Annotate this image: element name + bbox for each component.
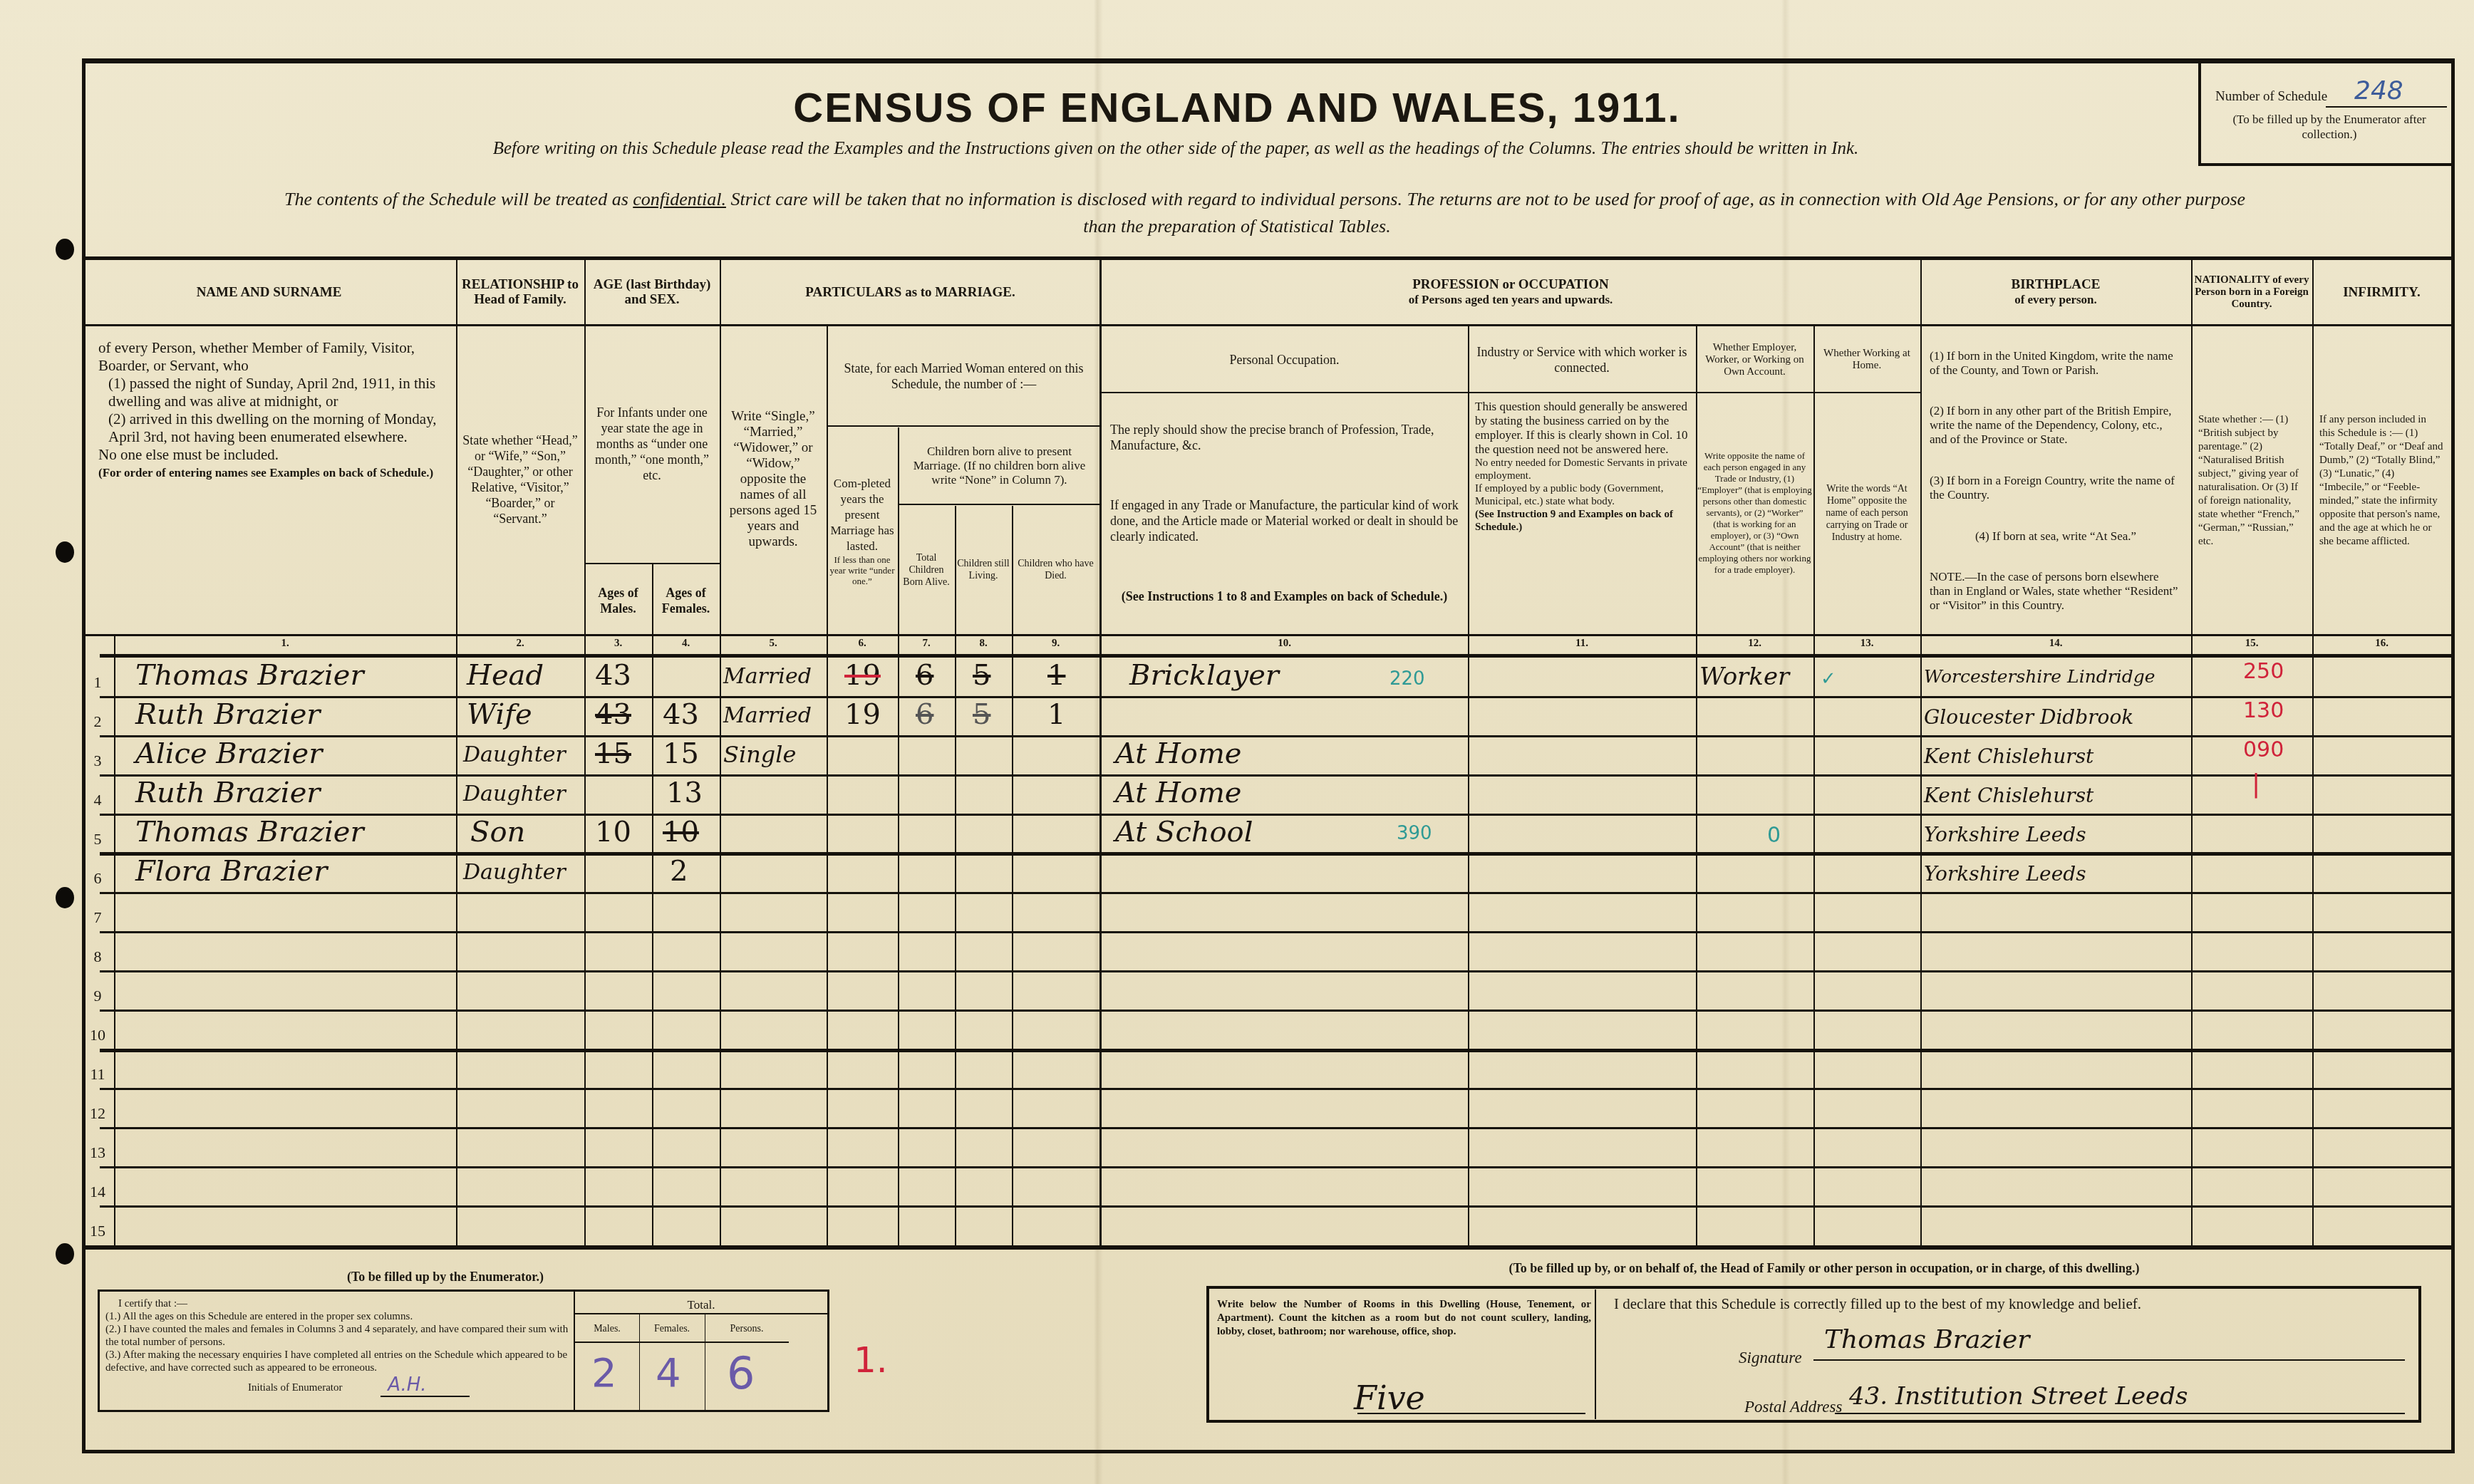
signature-underline <box>1813 1359 2405 1361</box>
total-col-line <box>705 1314 705 1410</box>
birthplace-desc-4: (4) If born at sea, write “At Sea.” <box>1975 529 2136 544</box>
row-number: 4 <box>83 791 112 809</box>
punch-hole <box>56 541 74 563</box>
row2-children-born: 6 <box>916 698 933 731</box>
col-header-nationality: NATIONALITY of every Person born in a Fo… <box>2191 260 2312 324</box>
row2-relationship: Wife <box>467 698 532 731</box>
rooms-underline <box>1357 1413 1585 1414</box>
colnum-4: 4. <box>652 638 720 653</box>
col-header-infirmity: INFIRMITY. <box>2312 260 2451 324</box>
birthplace-desc-2: (2) If born in any other part of the Bri… <box>1930 404 2182 447</box>
row1-age-male: 43 <box>595 659 631 692</box>
birthplace-note: NOTE.—In the case of persons born elsewh… <box>1930 570 2182 613</box>
householder-divider <box>1595 1290 1596 1419</box>
colnum-15: 15. <box>2191 638 2312 653</box>
row2-children-died: 1 <box>1047 698 1065 731</box>
name-desc-intro: of every Person, whether Member of Famil… <box>98 339 447 375</box>
row-number: 10 <box>83 1026 112 1044</box>
colnum-14: 14. <box>1920 638 2191 653</box>
initials-row: Initials of Enumerator A.H. <box>105 1379 576 1394</box>
col-line <box>1920 260 1922 1247</box>
row-line <box>100 1010 2455 1012</box>
declaration: I declare that this Schedule is correctl… <box>1614 1297 2141 1312</box>
colnum-2: 2. <box>456 638 584 653</box>
row-number: 13 <box>83 1143 112 1162</box>
row4-occupation: At Home <box>1115 777 1242 809</box>
row-number: 3 <box>83 752 112 770</box>
row-line <box>100 1127 2455 1129</box>
row3-occupation: At Home <box>1115 737 1242 770</box>
row-line <box>100 1088 2455 1090</box>
schedule-number-label: Number of Schedule <box>2215 89 2327 104</box>
row-line <box>100 892 2455 894</box>
col-desc-age: For Infants under one year state the age… <box>584 328 720 559</box>
colnum-1: 1. <box>114 638 456 653</box>
row-number: 12 <box>83 1104 112 1123</box>
males-total: 2 <box>591 1350 617 1396</box>
name-desc-1: (1) passed the night of Sunday, April 2n… <box>98 375 447 410</box>
children-line <box>898 504 1101 505</box>
enumerator-box: I certify that :— (1.) All the ages on t… <box>98 1290 829 1412</box>
colnum-12: 12. <box>1696 638 1813 653</box>
age-sub-line <box>584 563 720 564</box>
total-label: Total. <box>575 1297 827 1312</box>
industry-desc-4: (See Instruction 9 and Examples on back … <box>1475 508 1689 534</box>
col-desc-total-born: Total Children Born Alive. <box>898 506 955 634</box>
schedule-note: (To be filled up by the Enumerator after… <box>2212 112 2447 142</box>
col-desc-relationship: State whether “Head,” or “Wife,” “Son,” … <box>456 328 584 631</box>
row-line <box>100 774 2455 777</box>
persons-label: Persons. <box>705 1322 789 1337</box>
females-total: 4 <box>656 1350 681 1396</box>
row-number: 14 <box>83 1183 112 1201</box>
row-number: 1 <box>83 673 112 692</box>
row-line <box>100 1049 2455 1052</box>
col-line <box>652 563 653 1247</box>
persons-total: 6 <box>727 1347 755 1399</box>
signature-label: Signature <box>1739 1349 1802 1367</box>
name-desc-4: (For order of entering names see Example… <box>98 464 433 482</box>
row2-condition: Married <box>723 703 812 728</box>
colnum-6: 6. <box>827 638 898 653</box>
col-desc-name: of every Person, whether Member of Famil… <box>93 335 452 627</box>
col-desc-industry: This question should generally be answer… <box>1469 395 1694 631</box>
address-value: 43. Institution Street Leeds <box>1849 1382 2188 1411</box>
personal-desc-2: If engaged in any Trade or Manufacture, … <box>1110 497 1459 544</box>
rooms-value: Five <box>1354 1379 1425 1417</box>
row2-birthplace: Gloucester Didbrook <box>1924 705 2133 729</box>
birthplace-desc-1: (1) If born in the United Kingdom, write… <box>1930 349 2182 378</box>
row4-nationality-code: | <box>2252 769 2260 799</box>
occupation-subtitle: of Persons aged ten years and upwards. <box>1409 292 1613 307</box>
colnum-7: 7. <box>898 638 955 653</box>
row1-condition: Married <box>723 664 812 689</box>
row5-employer-code: 0 <box>1767 823 1781 848</box>
col-desc-females: Ages of Females. <box>652 566 720 634</box>
punch-hole <box>56 239 74 260</box>
total-col-line <box>639 1314 640 1410</box>
row3-birthplace: Kent Chislehurst <box>1924 744 2093 768</box>
row1-nationality-code: 250 <box>2243 659 2284 684</box>
col-desc-still-living: Children still Living. <box>955 506 1012 634</box>
col-header-occupation: PROFESSION or OCCUPATION of Persons aged… <box>1101 260 1920 324</box>
row1-occupation-code: 220 <box>1389 668 1425 690</box>
birthplace-title: BIRTHPLACE <box>2012 277 2101 292</box>
col-desc-employer: Write opposite the name of each person e… <box>1696 395 1813 631</box>
row-number: 6 <box>83 869 112 888</box>
row-number: 8 <box>83 948 112 966</box>
col-header-marriage: PARTICULARS as to MARRIAGE. <box>720 260 1101 324</box>
occupation-title: PROFESSION or OCCUPATION <box>1412 277 1609 292</box>
row-number: 2 <box>83 712 112 731</box>
col-header-industry: Industry or Service with which worker is… <box>1468 328 1696 392</box>
years-desc: Com-pleted years the present Marriage ha… <box>829 476 895 554</box>
col-desc-condition: Write “Single,” “Married,” “Widower,” or… <box>720 328 827 631</box>
row-number: 11 <box>83 1065 112 1084</box>
row2-name: Ruth Brazier <box>135 698 320 731</box>
industry-desc-1: This question should generally be answer… <box>1475 400 1689 457</box>
col-desc-home: Write the words “At Home” opposite the n… <box>1813 395 1920 631</box>
row4-name: Ruth Brazier <box>135 777 320 809</box>
row6-name: Flora Brazier <box>135 855 327 888</box>
householder-heading: (To be filled up by, or on behalf of, th… <box>1197 1261 2451 1276</box>
row-line <box>100 735 2455 737</box>
row6-relationship: Daughter <box>463 860 566 885</box>
row3-condition: Single <box>723 741 796 768</box>
colnum-16: 16. <box>2312 638 2451 653</box>
schedule-number-box: Number of Schedule 248 (To be filled up … <box>2198 61 2455 166</box>
col-header-relationship: RELATIONSHIP to Head of Family. <box>456 260 584 324</box>
initials-label: Initials of Enumerator <box>248 1382 342 1394</box>
row4-birthplace: Kent Chislehurst <box>1924 784 2093 807</box>
row5-birthplace: Yorkshire Leeds <box>1924 823 2086 846</box>
row1-children-born: 6 <box>916 659 933 692</box>
row5-age-female-struck: 10 <box>663 816 699 849</box>
colnum-8: 8. <box>955 638 1012 653</box>
signature-value: Thomas Brazier <box>1824 1325 2030 1354</box>
col-header-personal: Personal Occupation. <box>1101 328 1468 392</box>
schedule-label: Number of Schedule <box>2215 89 2327 104</box>
row1-years-married: 19 <box>844 659 881 692</box>
personal-desc-3: (See Instructions 1 to 8 and Examples on… <box>1122 588 1448 604</box>
row3-age-male-struck: 15 <box>595 737 631 770</box>
enumerator-red-mark: 1. <box>854 1339 888 1381</box>
confidential-word: confidential. <box>633 189 726 209</box>
name-desc-3: No one else must be included. <box>98 446 279 464</box>
females-label: Females. <box>639 1322 705 1337</box>
certify-2: (2.) I have counted the males and female… <box>105 1323 576 1349</box>
punch-hole <box>56 887 74 908</box>
col-header-birthplace: BIRTHPLACE of every person. <box>1920 260 2191 324</box>
row5-name: Thomas Brazier <box>135 816 364 849</box>
statistical-line: than the preparation of Statistical Tabl… <box>0 216 2474 237</box>
enumerator-heading: (To be filled up by the Enumerator.) <box>82 1270 809 1285</box>
personal-desc-1: The reply should show the precise branch… <box>1110 422 1459 453</box>
row-number: 15 <box>83 1222 112 1240</box>
row1-relationship: Head <box>467 659 544 692</box>
row-line <box>100 1166 2455 1168</box>
row1-birthplace: Worcestershire Lindridge <box>1924 666 2155 687</box>
confidentiality-line: The contents of the Schedule will be tre… <box>107 189 2423 210</box>
row2-children-living: 5 <box>973 698 990 731</box>
col-desc-have-died: Children who have Died. <box>1012 506 1099 634</box>
row4-age-female: 13 <box>666 777 703 809</box>
total-line <box>575 1313 827 1314</box>
col-header-employer: Whether Employer, Worker, or Working on … <box>1696 328 1813 392</box>
col-header-divider <box>82 324 2455 326</box>
row-number: 9 <box>83 987 112 1005</box>
row-line <box>100 931 2455 933</box>
industry-desc-3: If employed by a public body (Government… <box>1475 482 1689 508</box>
row5-age-male: 10 <box>595 816 631 849</box>
confidentiality-text-b: Strict care will be taken that no inform… <box>730 189 2245 209</box>
industry-desc-2: No entry needed for Domestic Servants in… <box>1475 457 1689 482</box>
col-desc-married-woman: State, for each Married Woman entered on… <box>827 328 1101 424</box>
certify-3: (3.) After making the necessary enquirie… <box>105 1349 576 1374</box>
total-sub-line <box>575 1342 789 1343</box>
years-note: If less than one year write “under one.” <box>829 554 895 586</box>
name-desc-2: (2) arrived in this dwelling on the morn… <box>98 410 447 446</box>
col-desc-males: Ages of Males. <box>584 566 652 634</box>
confidentiality-text-a: The contents of the Schedule will be tre… <box>284 189 628 209</box>
colnum-10: 10. <box>1101 638 1468 653</box>
row5-occupation: At School <box>1115 816 1253 849</box>
col-desc-nationality: State whether :— (1) “British subject by… <box>2193 331 2311 631</box>
certify-1: (1.) All the ages on this Schedule are e… <box>105 1310 576 1323</box>
certify-block: I certify that :— (1.) All the ages on t… <box>105 1297 576 1394</box>
row6-age-female: 2 <box>670 855 688 888</box>
rooms-instructions: Write below the Number of Rooms in this … <box>1217 1298 1591 1339</box>
row2-age-female: 43 <box>663 698 699 731</box>
row5-relationship: Son <box>470 816 525 849</box>
col-desc-birthplace: (1) If born in the United Kingdom, write… <box>1924 331 2188 631</box>
row6-birthplace: Yorkshire Leeds <box>1924 862 2086 886</box>
colnum-bottom-line <box>100 654 2455 658</box>
colnum-top-line <box>82 634 2455 636</box>
row-number: 5 <box>83 830 112 849</box>
schedule-number-value: 248 <box>2354 76 2403 105</box>
punch-hole <box>56 1243 74 1265</box>
row3-nationality-code: 090 <box>2243 737 2284 762</box>
col-header-name: NAME AND SURNAME <box>82 260 456 324</box>
row-line <box>100 1205 2455 1208</box>
row1-home-mark: ✓ <box>1821 668 1836 690</box>
row3-age-female: 15 <box>663 737 699 770</box>
row1-employer: Worker <box>1699 663 1789 691</box>
colnum-3: 3. <box>584 638 652 653</box>
row4-relationship: Daughter <box>463 782 566 806</box>
row1-name: Thomas Brazier <box>135 659 364 692</box>
col-header-age: AGE (last Birthday) and SEX. <box>584 260 720 324</box>
row2-nationality-code: 130 <box>2243 698 2284 723</box>
row1-children-living: 5 <box>973 659 990 692</box>
row1-occupation: Bricklayer <box>1129 659 1279 692</box>
row2-years-married: 19 <box>844 698 881 731</box>
row-number: 7 <box>83 908 112 927</box>
table-bottom-line <box>82 1245 2455 1250</box>
males-label: Males. <box>575 1322 639 1337</box>
address-underline <box>1835 1413 2405 1414</box>
instructions-line: Before writing on this Schedule please r… <box>214 139 2138 159</box>
row1-children-died: 1 <box>1047 659 1065 692</box>
page-title: CENSUS OF ENGLAND AND WALES, 1911. <box>0 84 2474 132</box>
col-desc-infirmity: If any person included in this Schedule … <box>2314 331 2450 631</box>
row-line <box>100 970 2455 972</box>
col-line <box>114 634 115 1247</box>
certify-intro: I certify that :— <box>105 1297 576 1310</box>
row-line <box>100 852 2455 856</box>
col-desc-children: Children born alive to present Marriage.… <box>898 427 1101 504</box>
birthplace-subtitle: of every person. <box>2014 292 2097 307</box>
schedule-underline <box>2326 106 2447 108</box>
col-header-home: Whether Working at Home. <box>1813 328 1920 392</box>
married-woman-line <box>827 425 1101 427</box>
col-desc-personal: The reply should show the precise branch… <box>1104 395 1464 631</box>
row3-relationship: Daughter <box>463 742 566 767</box>
row3-name: Alice Brazier <box>135 737 322 770</box>
occ-sub-line <box>1101 392 1920 393</box>
colnum-11: 11. <box>1468 638 1696 653</box>
row2-age-male-struck: 43 <box>595 698 631 731</box>
initials-value: A.H. <box>381 1374 469 1397</box>
colnum-9: 9. <box>1012 638 1099 653</box>
row5-occupation-code: 390 <box>1397 823 1432 844</box>
colnum-5: 5. <box>720 638 827 653</box>
col-desc-years: Com-pleted years the present Marriage ha… <box>827 427 898 634</box>
row-line <box>100 814 2455 816</box>
address-label: Postal Address <box>1744 1398 1842 1416</box>
birthplace-desc-3: (3) If born in a Foreign Country, write … <box>1930 474 2182 502</box>
row-line <box>100 696 2455 698</box>
colnum-13: 13. <box>1813 638 1920 653</box>
